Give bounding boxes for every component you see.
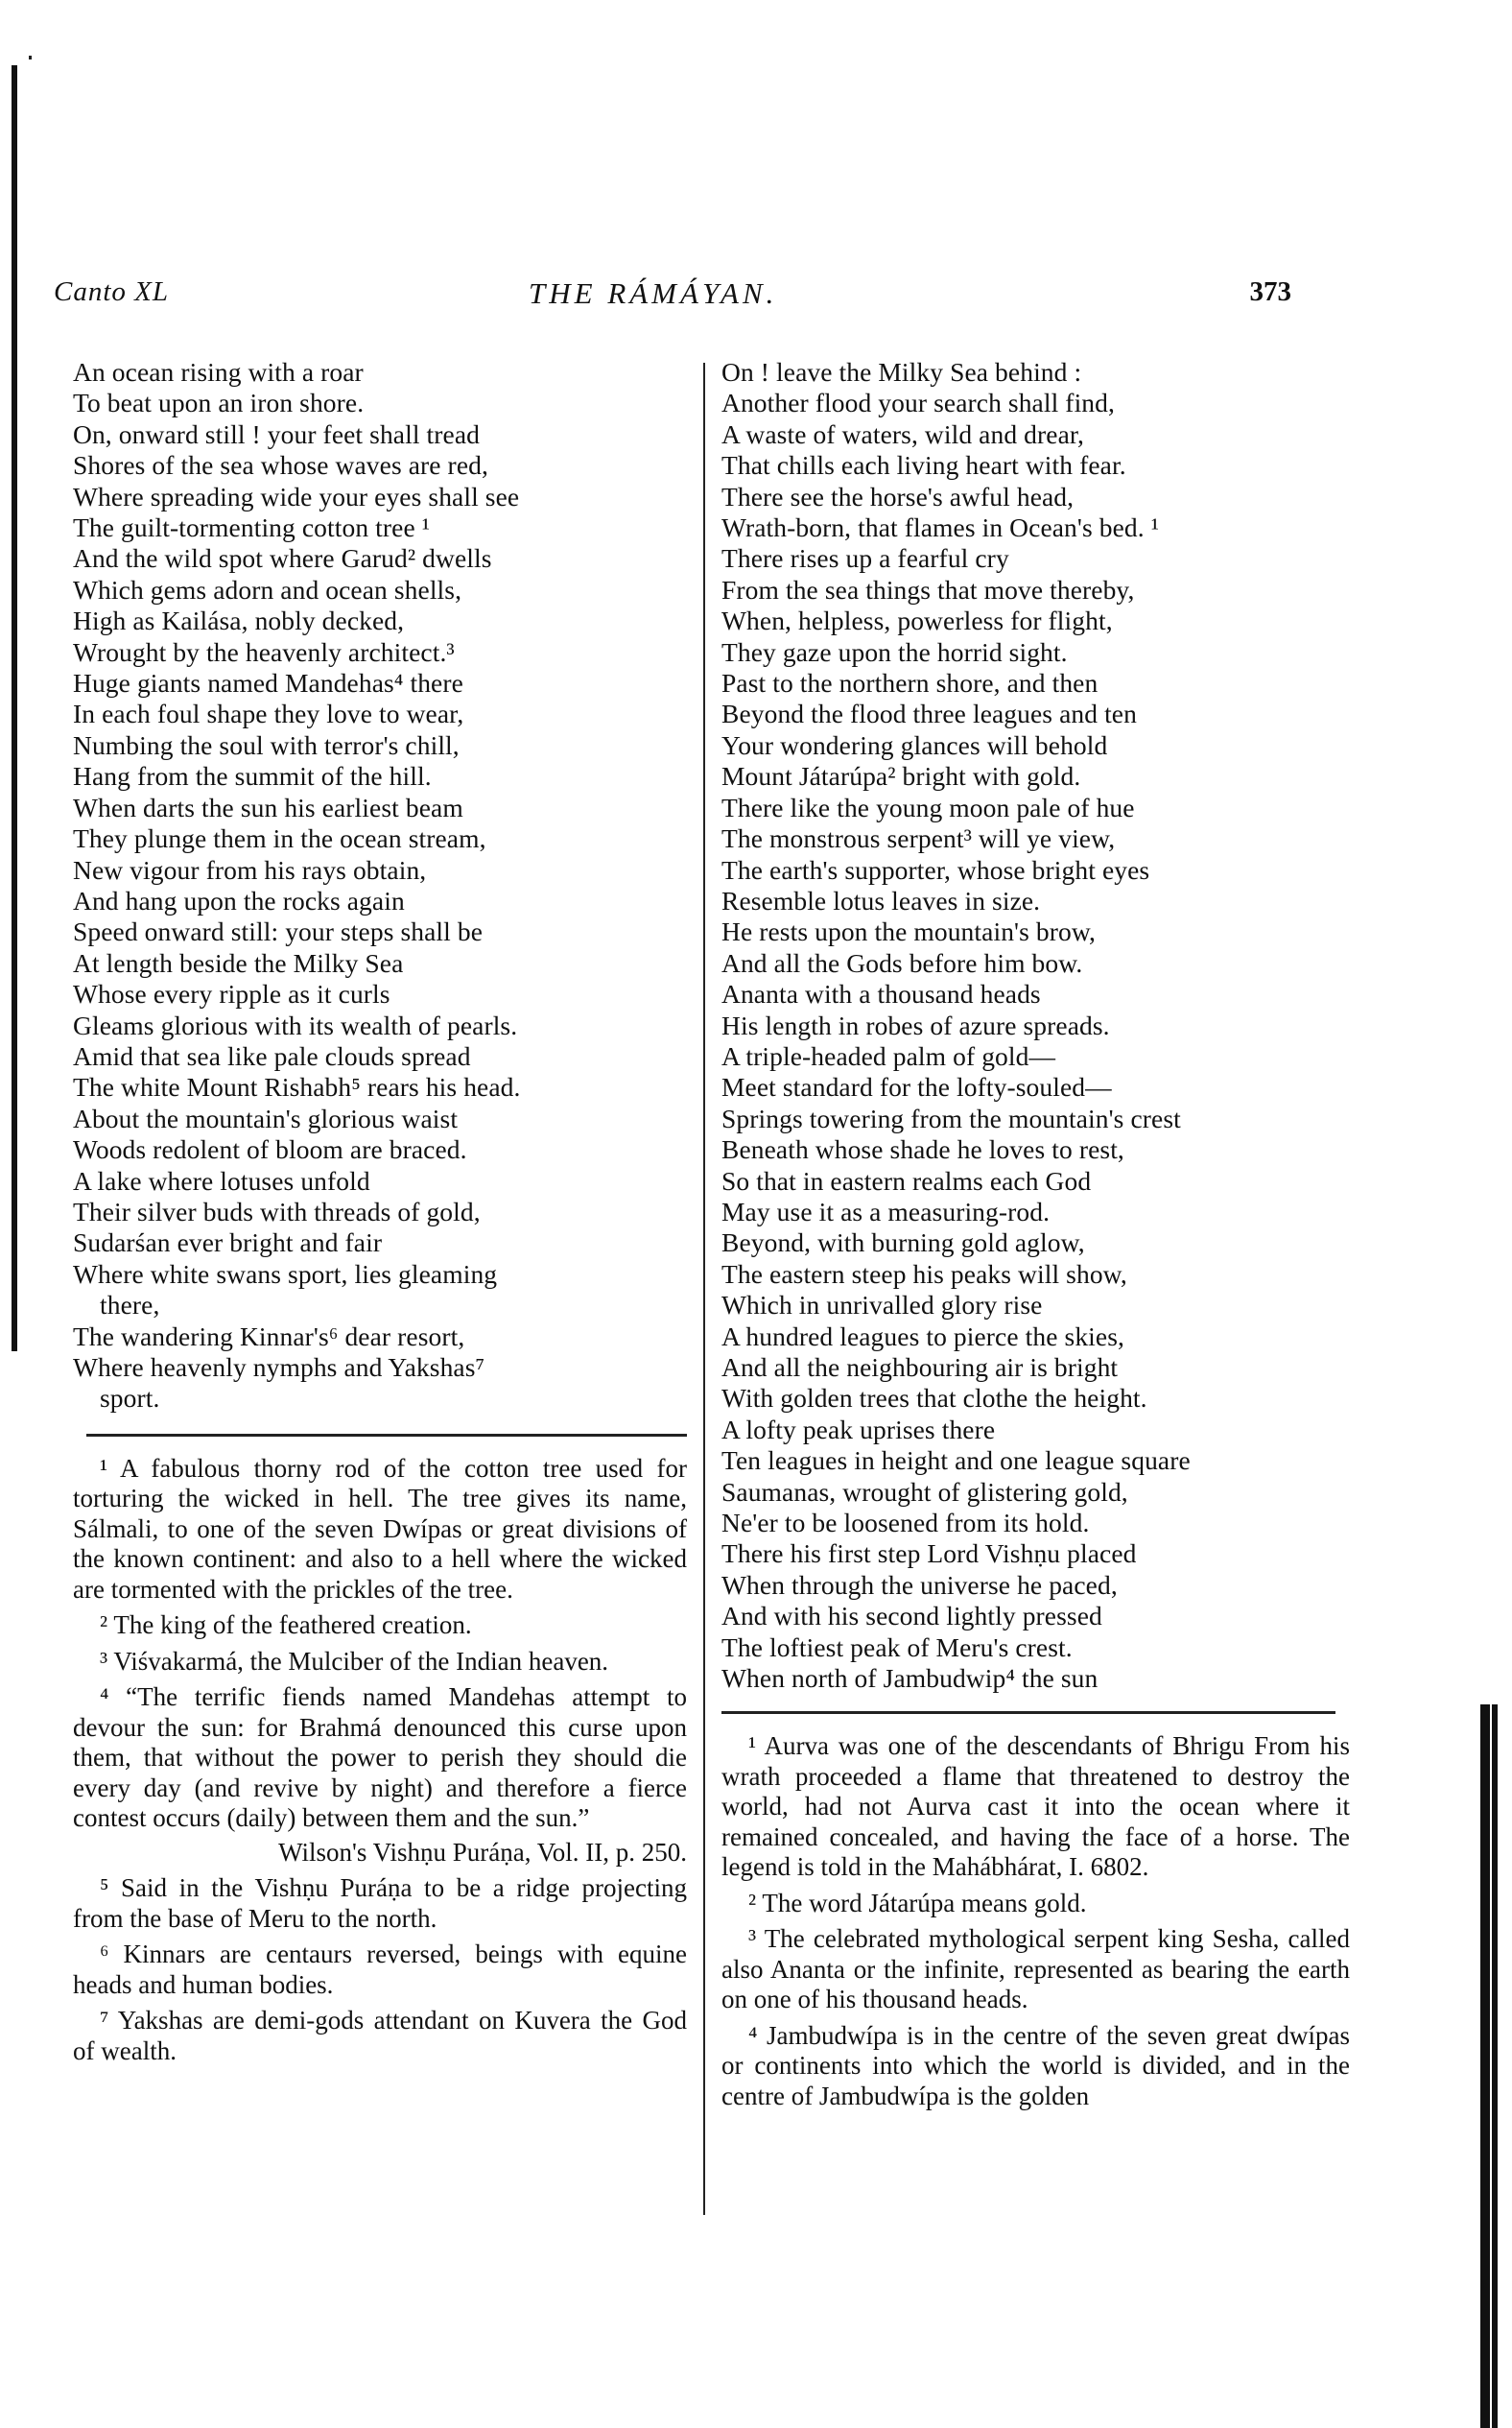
verse-line: Shores of the sea whose waves are red, xyxy=(73,450,687,481)
book-title: THE RÁMÁYAN. xyxy=(529,276,777,311)
verse-line: There rises up a fearful cry xyxy=(721,543,1350,574)
verse-line: Their silver buds with threads of gold, xyxy=(73,1197,687,1227)
scan-speck xyxy=(29,56,32,60)
verse-line: They plunge them in the ocean stream, xyxy=(73,823,687,854)
verse-line: From the sea things that move thereby, xyxy=(721,575,1350,606)
verse-line: When north of Jambudwip⁴ the sun xyxy=(721,1663,1350,1694)
verse-line: A lofty peak uprises there xyxy=(721,1415,1350,1445)
verse-line: And all the Gods before him bow. xyxy=(721,948,1350,979)
verse-line: Beneath whose shade he loves to rest, xyxy=(721,1134,1350,1165)
verse-line: Ne'er to be loosened from its hold. xyxy=(721,1508,1350,1538)
verse-line: There like the young moon pale of hue xyxy=(721,793,1350,823)
verse-line: A lake where lotuses unfold xyxy=(73,1166,687,1197)
verse-line: Past to the northern shore, and then xyxy=(721,668,1350,699)
verse-line: On, onward still ! your feet shall tread xyxy=(73,419,687,450)
verse-line: Beyond, with burning gold aglow, xyxy=(721,1227,1350,1258)
verse-line: And hang upon the rocks again xyxy=(73,886,687,916)
verse-line: The white Mount Rishabh⁵ rears his head. xyxy=(73,1072,687,1103)
column-divider xyxy=(703,363,705,2215)
verse-line: Wrought by the heavenly architect.³ xyxy=(73,637,687,668)
verse-line: And the wild spot where Garud² dwells xyxy=(73,543,687,574)
verse-line: There see the horse's awful head, xyxy=(721,482,1350,512)
canto-label: Canto XL xyxy=(54,276,169,308)
footnote-2: ² The word Játarúpa means gold. xyxy=(721,1889,1350,1919)
verse-line: At length beside the Milky Sea xyxy=(73,948,687,979)
right-footnotes: ¹ Aurva was one of the descendants of Bh… xyxy=(721,1731,1350,2111)
verse-line: Ten leagues in height and one league squ… xyxy=(721,1445,1350,1476)
verse-line: New vigour from his rays obtain, xyxy=(73,855,687,886)
verse-line: When through the universe he paced, xyxy=(721,1570,1350,1601)
verse-line: The monstrous serpent³ will ye view, xyxy=(721,823,1350,854)
verse-line: With golden trees that clothe the height… xyxy=(721,1383,1350,1414)
footnote-3: ³ Viśvakarmá, the Mulciber of the Indian… xyxy=(73,1647,687,1678)
footnote-7: ⁷ Yakshas are demi-gods attendant on Kuv… xyxy=(73,2006,687,2066)
footnote-rule xyxy=(86,1434,687,1437)
verse-line: To beat upon an iron shore. xyxy=(73,388,687,418)
footnote-1: ¹ A fabulous thorny rod of the cotton tr… xyxy=(73,1454,687,1606)
footnote-4: ⁴ Jambudwípa is in the centre of the sev… xyxy=(721,2021,1350,2112)
verse-line: Springs towering from the mountain's cre… xyxy=(721,1104,1350,1134)
verse-line: A waste of waters, wild and drear, xyxy=(721,419,1350,450)
verse-line: And all the neighbouring air is bright xyxy=(721,1352,1350,1383)
verse-line: The eastern steep his peaks will show, xyxy=(721,1259,1350,1290)
verse-line: Gleams glorious with its wealth of pearl… xyxy=(73,1011,687,1041)
verse-line: Meet standard for the lofty-souled— xyxy=(721,1072,1350,1103)
verse-line: Where spreading wide your eyes shall see xyxy=(73,482,687,512)
verse-line: Speed onward still: your steps shall be xyxy=(73,916,687,947)
verse-line: Another flood your search shall find, xyxy=(721,388,1350,418)
verse-line: Numbing the soul with terror's chill, xyxy=(73,730,687,761)
footnote-2: ² The king of the feathered creation. xyxy=(73,1610,687,1641)
verse-line: Beyond the flood three leagues and ten xyxy=(721,699,1350,729)
verse-line: The loftiest peak of Meru's crest. xyxy=(721,1632,1350,1663)
right-column: On ! leave the Milky Sea behind : Anothe… xyxy=(721,357,1350,2117)
verse-line: The guilt-tormenting cotton tree ¹ xyxy=(73,512,687,543)
footnote-1: ¹ Aurva was one of the descendants of Bh… xyxy=(721,1731,1350,1883)
verse-line-continuation: sport. xyxy=(73,1383,687,1414)
right-verse: On ! leave the Milky Sea behind : Anothe… xyxy=(721,357,1350,1694)
verse-line: In each foul shape they love to wear, xyxy=(73,699,687,729)
verse-line: When, helpless, powerless for flight, xyxy=(721,606,1350,636)
footnote-3: ³ The celebrated mythological serpent ki… xyxy=(721,1924,1350,2015)
footnote-4: ⁴ “The terrific fiends named Mandehas at… xyxy=(73,1682,687,1834)
left-verse: An ocean rising with a roar To beat upon… xyxy=(73,357,687,1415)
scan-binding-edge-right xyxy=(1480,1704,1500,2428)
verse-line: Your wondering glances will behold xyxy=(721,730,1350,761)
verse-line: They gaze upon the horrid sight. xyxy=(721,637,1350,668)
footnote-4-citation: Wilson's Vishṇu Puráṇa, Vol. II, p. 250. xyxy=(73,1838,687,1869)
verse-line-continuation: there, xyxy=(73,1290,687,1321)
verse-line: Which gems adorn and ocean shells, xyxy=(73,575,687,606)
left-column: An ocean rising with a roar To beat upon… xyxy=(73,357,687,2072)
verse-line: Where heavenly nymphs and Yakshas⁷ xyxy=(73,1352,687,1383)
verse-line: High as Kailása, nobly decked, xyxy=(73,606,687,636)
verse-line: Where white swans sport, lies gleaming xyxy=(73,1259,687,1290)
verse-line: May use it as a measuring-rod. xyxy=(721,1197,1350,1227)
verse-line: About the mountain's glorious waist xyxy=(73,1104,687,1134)
verse-line: There his first step Lord Vishṇu placed xyxy=(721,1538,1350,1569)
verse-line: And with his second lightly pressed xyxy=(721,1601,1350,1631)
scan-binding-edge-left xyxy=(12,65,17,1351)
verse-line: When darts the sun his earliest beam xyxy=(73,793,687,823)
footnote-rule xyxy=(721,1711,1335,1714)
verse-line: A hundred leagues to pierce the skies, xyxy=(721,1321,1350,1352)
verse-line: Mount Játarúpa² bright with gold. xyxy=(721,761,1350,792)
verse-line: On ! leave the Milky Sea behind : xyxy=(721,357,1350,388)
verse-line: A triple-headed palm of gold— xyxy=(721,1041,1350,1072)
verse-line: Resemble lotus leaves in size. xyxy=(721,886,1350,916)
verse-line: Ananta with a thousand heads xyxy=(721,979,1350,1010)
verse-line: Huge giants named Mandehas⁴ there xyxy=(73,668,687,699)
left-footnotes: ¹ A fabulous thorny rod of the cotton tr… xyxy=(73,1454,687,2067)
verse-line: Wrath-born, that flames in Ocean's bed. … xyxy=(721,512,1350,543)
verse-line: Hang from the summit of the hill. xyxy=(73,761,687,792)
verse-line: Which in unrivalled glory rise xyxy=(721,1290,1350,1321)
verse-line: Sudarśan ever bright and fair xyxy=(73,1227,687,1258)
footnote-6: ⁶ Kinnars are centaurs reversed, beings … xyxy=(73,1940,687,2000)
verse-line: The wandering Kinnar's⁶ dear resort, xyxy=(73,1321,687,1352)
page-number: 373 xyxy=(1250,276,1292,308)
verse-line: So that in eastern realms each God xyxy=(721,1166,1350,1197)
verse-line: Amid that sea like pale clouds spread xyxy=(73,1041,687,1072)
footnote-5: ⁵ Said in the Vishṇu Puráṇa to be a ridg… xyxy=(73,1873,687,1934)
verse-line: Saumanas, wrought of glistering gold, xyxy=(721,1477,1350,1508)
verse-line: That chills each living heart with fear. xyxy=(721,450,1350,481)
running-head: Canto XL THE RÁMÁYAN. 373 xyxy=(54,276,1291,315)
verse-line: He rests upon the mountain's brow, xyxy=(721,916,1350,947)
verse-line: An ocean rising with a roar xyxy=(73,357,687,388)
verse-line: His length in robes of azure spreads. xyxy=(721,1011,1350,1041)
verse-line: Woods redolent of bloom are braced. xyxy=(73,1134,687,1165)
verse-line: The earth's supporter, whose bright eyes xyxy=(721,855,1350,886)
verse-line: Whose every ripple as it curls xyxy=(73,979,687,1010)
